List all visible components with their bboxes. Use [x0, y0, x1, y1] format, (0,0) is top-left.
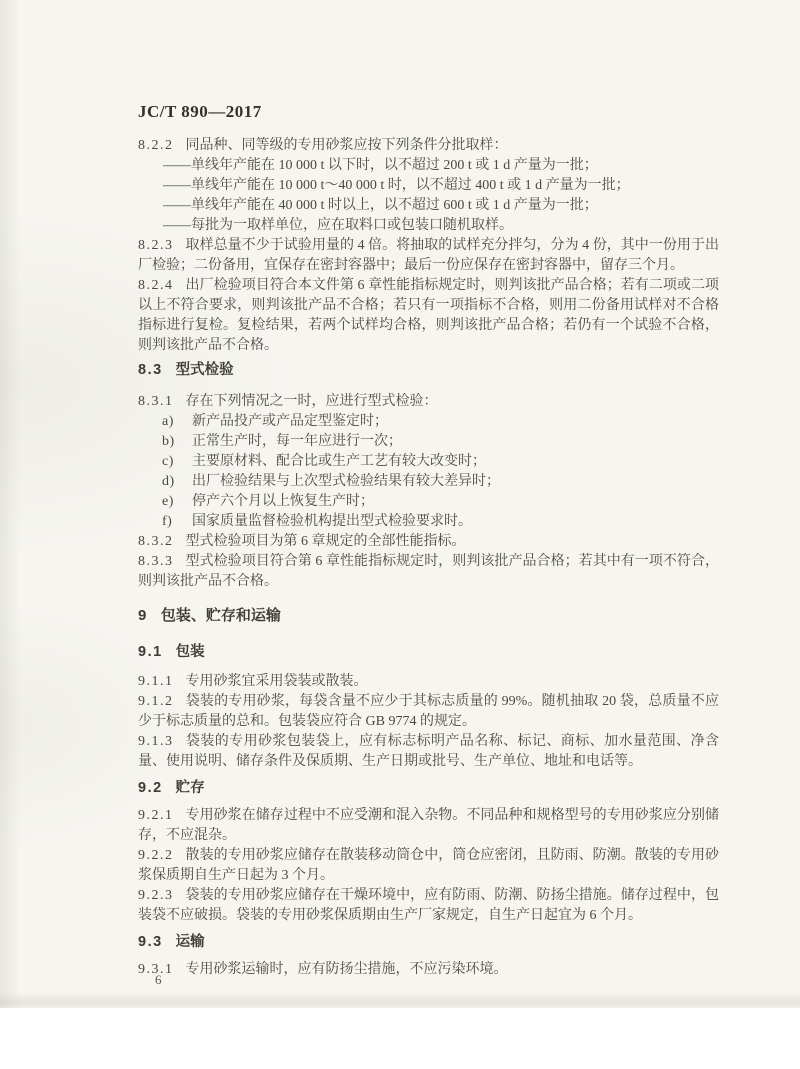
clause-text: 出厂检验项目符合本文件第 6 章性能指标规定时，则判该批产品合格；若有二项或二项… [138, 278, 719, 353]
clause-text: 存在下列情况之一时，应进行型式检验： [186, 394, 438, 409]
batch-rule-item-1: ——单线年产能在 10 000 t 以下时，以不超过 200 t 或 1 d 产… [138, 156, 719, 176]
clause-text: 专用砂浆运输时，应有防扬尘措施，不应污染环境。 [186, 962, 508, 977]
clause-9-1-3: 9.1.3袋装的专用砂浆包装袋上，应有标志标明产品名称、标记、商标、加水量范围、… [138, 732, 719, 772]
clause-8-3-1: 8.3.1存在下列情况之一时，应进行型式检验： [138, 392, 719, 412]
clause-number: 9.2.2 [138, 848, 174, 863]
clause-text: 散装的专用砂浆应储存在散装移动筒仓中，筒仓应密闭，且防雨、防潮。散装的专用砂浆保… [138, 848, 719, 883]
clause-9-2-3: 9.2.3袋装的专用砂浆应储存在干燥环境中，应有防雨、防潮、防扬尘措施。储存过程… [138, 886, 719, 926]
section-number: 9.1 [138, 644, 163, 660]
list-marker: f) [162, 512, 192, 532]
clause-number: 9.1.1 [138, 674, 174, 689]
list-text: 正常生产时，每一年应进行一次； [192, 434, 402, 449]
list-marker: c) [162, 452, 192, 472]
condition-item-b: b)正常生产时，每一年应进行一次； [138, 432, 719, 452]
clause-number: 9.2.3 [138, 888, 174, 903]
list-marker: a) [162, 412, 192, 432]
section-number: 9.3 [138, 934, 163, 950]
clause-text: 型式检验项目符合第 6 章性能指标规定时，则判该批产品合格；若其中有一项不符合，… [138, 554, 719, 589]
document-code: JC/T 890—2017 [138, 100, 719, 124]
clause-8-2-3: 8.2.3取样总量不少于试验用量的 4 倍。将抽取的试样充分拌匀，分为 4 份，… [138, 236, 719, 276]
section-number: 8.3 [138, 362, 163, 378]
clause-text: 袋装的专用砂浆，每袋含量不应少于其标志质量的 99%。随机抽取 20 袋，总质量… [138, 694, 719, 729]
section-number: 9.2 [138, 780, 163, 796]
batch-rule-item-3: ——单线年产能在 40 000 t 时以上，以不超过 600 t 或 1 d 产… [138, 196, 719, 216]
condition-item-e: e)停产六个月以上恢复生产时； [138, 492, 719, 512]
condition-item-a: a)新产品投产或产品定型鉴定时； [138, 412, 719, 432]
list-marker: d) [162, 472, 192, 492]
clause-number: 8.3.2 [138, 534, 174, 549]
section-title: 型式检验 [176, 362, 234, 378]
list-marker: e) [162, 492, 192, 512]
clause-number: 9.2.1 [138, 808, 174, 823]
list-text: 新产品投产或产品定型鉴定时； [192, 414, 388, 429]
clause-text: 袋装的专用砂浆包装袋上，应有标志标明产品名称、标记、商标、加水量范围、净含量、使… [138, 734, 719, 769]
list-text: 国家质量监督检验机构提出型式检验要求时。 [192, 514, 472, 529]
condition-item-c: c)主要原材料、配合比或生产工艺有较大改变时； [138, 452, 719, 472]
page-content: JC/T 890—2017 8.2.2同品种、同等级的专用砂浆应按下列条件分批取… [138, 100, 719, 980]
clause-8-2-2: 8.2.2同品种、同等级的专用砂浆应按下列条件分批取样： [138, 136, 719, 156]
clause-number: 9.1.2 [138, 694, 174, 709]
list-text: 停产六个月以上恢复生产时； [192, 494, 374, 509]
clause-9-2-1: 9.2.1专用砂浆在储存过程中不应受潮和混入杂物。不同品种和规格型号的专用砂浆应… [138, 806, 719, 846]
batch-rule-item-2: ——单线年产能在 10 000 t～40 000 t 时，以不超过 400 t … [138, 176, 719, 196]
clause-9-3-1: 9.3.1专用砂浆运输时，应有防扬尘措施，不应污染环境。 [138, 960, 719, 980]
list-text: 出厂检验结果与上次型式检验结果有较大差异时； [192, 474, 500, 489]
clause-number: 8.2.2 [138, 138, 174, 153]
clause-number: 8.3.1 [138, 394, 174, 409]
section-heading-9-1: 9.1包装 [138, 642, 719, 662]
chapter-title: 包装、贮存和运输 [161, 607, 281, 624]
clause-number: 8.2.3 [138, 238, 174, 253]
section-heading-9-3: 9.3运输 [138, 932, 719, 952]
chapter-number: 9 [138, 607, 148, 624]
clause-text: 同品种、同等级的专用砂浆应按下列条件分批取样： [186, 138, 508, 153]
page-number: 6 [155, 972, 163, 988]
clause-text: 专用砂浆宜采用袋装或散装。 [186, 674, 368, 689]
section-heading-8-3: 8.3型式检验 [138, 360, 719, 380]
clause-number: 9.1.3 [138, 734, 174, 749]
section-title: 运输 [176, 934, 205, 950]
clause-text: 专用砂浆在储存过程中不应受潮和混入杂物。不同品种和规格型号的专用砂浆应分别储存，… [138, 808, 719, 843]
clause-number: 8.3.3 [138, 554, 174, 569]
section-title: 包装 [176, 644, 205, 660]
batch-rule-item-4: ——每批为一取样单位，应在取料口或包装口随机取样。 [138, 216, 719, 236]
section-title: 贮存 [176, 780, 205, 796]
clause-text: 袋装的专用砂浆应储存在干燥环境中，应有防雨、防潮、防扬尘措施。储存过程中，包装袋… [138, 888, 719, 923]
clause-text: 取样总量不少于试验用量的 4 倍。将抽取的试样充分拌匀，分为 4 份，其中一份用… [138, 238, 719, 273]
condition-item-f: f)国家质量监督检验机构提出型式检验要求时。 [138, 512, 719, 532]
clause-text: 型式检验项目为第 6 章规定的全部性能指标。 [186, 534, 466, 549]
clause-8-3-3: 8.3.3型式检验项目符合第 6 章性能指标规定时，则判该批产品合格；若其中有一… [138, 552, 719, 592]
clause-9-2-2: 9.2.2散装的专用砂浆应储存在散装移动筒仓中，筒仓应密闭，且防雨、防潮。散装的… [138, 846, 719, 886]
list-marker: b) [162, 432, 192, 452]
section-heading-9-2: 9.2贮存 [138, 778, 719, 798]
scanned-page: JC/T 890—2017 8.2.2同品种、同等级的专用砂浆应按下列条件分批取… [0, 0, 800, 1008]
clause-9-1-1: 9.1.1专用砂浆宜采用袋装或散装。 [138, 672, 719, 692]
list-text: 主要原材料、配合比或生产工艺有较大改变时； [192, 454, 486, 469]
clause-8-2-4: 8.2.4出厂检验项目符合本文件第 6 章性能指标规定时，则判该批产品合格；若有… [138, 276, 719, 356]
clause-8-3-2: 8.3.2型式检验项目为第 6 章规定的全部性能指标。 [138, 532, 719, 552]
clause-number: 8.2.4 [138, 278, 174, 293]
chapter-heading-9: 9包装、贮存和运输 [138, 606, 719, 626]
clause-9-1-2: 9.1.2袋装的专用砂浆，每袋含量不应少于其标志质量的 99%。随机抽取 20 … [138, 692, 719, 732]
condition-item-d: d)出厂检验结果与上次型式检验结果有较大差异时； [138, 472, 719, 492]
